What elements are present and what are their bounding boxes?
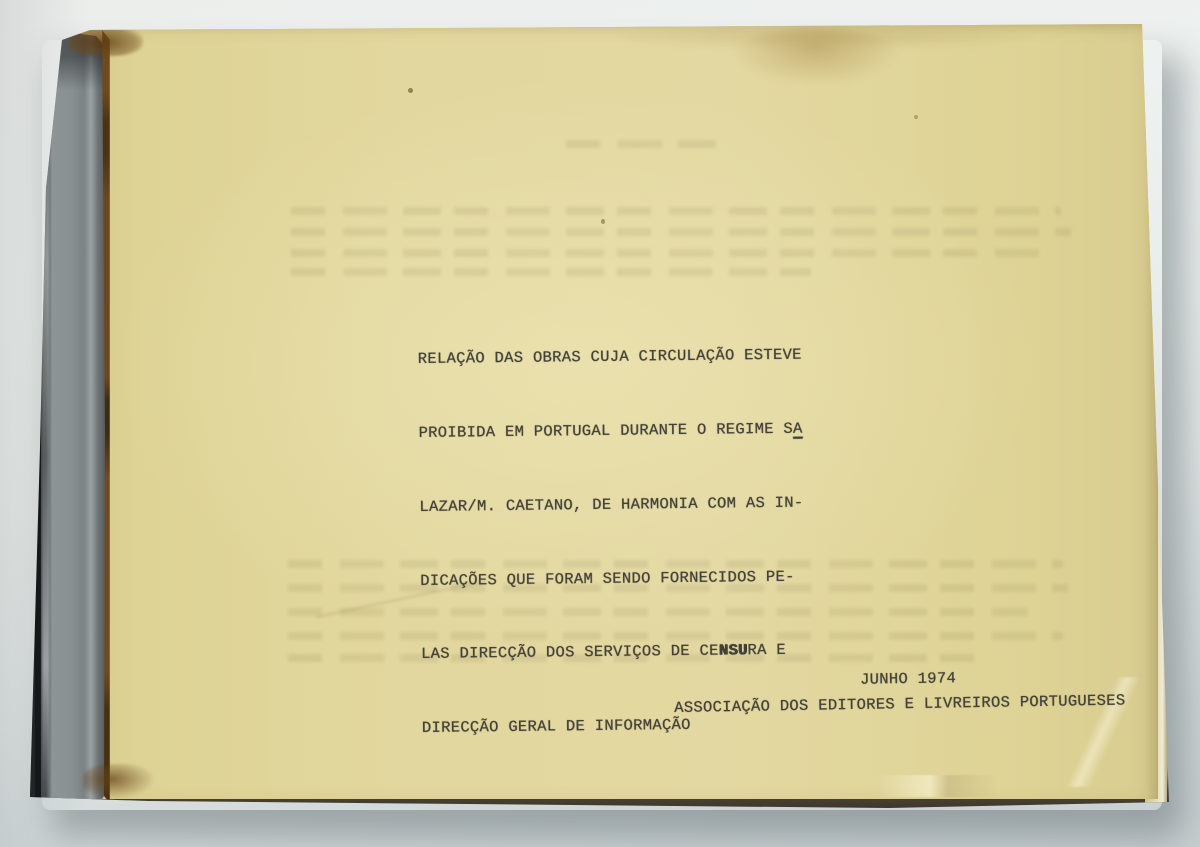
title-line-2: PROIBIDA EM PORTUGAL DURANTE O REGIME SA: [418, 417, 802, 446]
title-line-5: LAS DIRECÇÃO DOS SERVIÇOS DE CENSURA E: [421, 638, 805, 667]
title-text: RA E: [747, 641, 786, 659]
title-text: LAZAR/M. CAETANO, DE HARMONIA COM AS IN-: [419, 493, 803, 515]
title-text: DICAÇÕES QUE FORAM SENDO FORNECIDOS PE-: [420, 567, 795, 589]
ghost-text-line: [291, 268, 811, 276]
title-line-6: DIRECÇÃO GERAL DE INFORMAÇÃO: [422, 712, 806, 741]
title-line-4: DICAÇÕES QUE FORAM SENDO FORNECIDOS PE-: [420, 564, 804, 593]
ghost-text-line: [566, 140, 726, 148]
underlined-letter: A: [793, 420, 803, 438]
stain-top-band: [616, 24, 1036, 50]
title-line-1: RELAÇÃO DAS OBRAS CUJA CIRCULAÇÃO ESTEVE: [418, 343, 802, 372]
title-text: PROIBIDA EM PORTUGAL DURANTE O REGIME S: [418, 420, 793, 442]
binding-bottom-wear: [83, 764, 153, 798]
imprint-date: JUNHO 1974: [860, 669, 956, 688]
ghost-text-line: [291, 207, 1061, 215]
overstruck-letters: NSU: [719, 642, 748, 660]
paper-speck: [914, 115, 918, 119]
crease-mark: [876, 775, 996, 797]
title-text: LAS DIRECÇÃO DOS SERVIÇOS DE CE: [421, 642, 719, 663]
paper-speck: [408, 88, 413, 93]
title-text: DIRECÇÃO GERAL DE INFORMAÇÃO: [422, 716, 691, 737]
title-line-3: LAZAR/M. CAETANO, DE HARMONIA COM AS IN-: [419, 490, 803, 519]
book: RELAÇÃO DAS OBRAS CUJA CIRCULAÇÃO ESTEVE…: [28, 18, 1173, 813]
title-text: RELAÇÃO DAS OBRAS CUJA CIRCULAÇÃO ESTEVE: [418, 346, 802, 368]
ghost-text-line: [291, 228, 1071, 236]
paper-speck: [601, 219, 605, 224]
photograph: RELAÇÃO DAS OBRAS CUJA CIRCULAÇÃO ESTEVE…: [0, 0, 1200, 847]
ghost-text-line: [291, 249, 1051, 257]
